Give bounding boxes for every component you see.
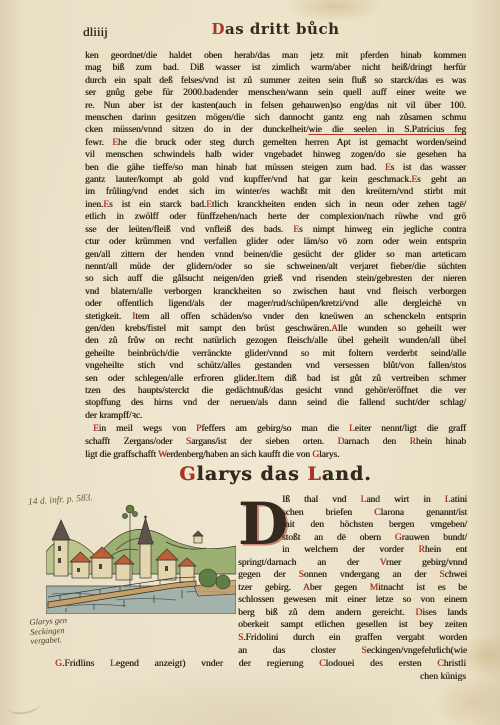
text-line: vngeheilte stich vnd schütz/alles gestan… — [85, 360, 466, 372]
text-line: S.Fridolini durch ein graffen vergabt wo… — [238, 632, 467, 645]
text-line: ken geordnet/die haldet oben herab/das m… — [85, 50, 466, 62]
text-line: vil menschen schwindels halb wider vngeb… — [85, 149, 466, 161]
paragraph-pfeffers: Ein meil wegs von Pfeffers am gebirg/so … — [85, 423, 466, 461]
text-line: Ein meil wegs von Pfeffers am gebirg/so … — [85, 423, 466, 436]
text-line: sen oder schlegen/alle erfroren glider.I… — [85, 373, 466, 385]
text-line: gen/all zittern der henden vnnd beinen/d… — [85, 249, 466, 261]
text-line: re. Nun aber ist der kasten(auch in fels… — [85, 100, 466, 112]
text-line: gegen der Sonnen vndergang an der Schwei — [238, 569, 467, 582]
text-line: schlossen gewesen mit einer letze so von… — [238, 594, 467, 607]
text-line: durch ein spalt deß felses/vnd ist zů su… — [85, 75, 466, 87]
text-line: stopffung des hirns vnd der neruen/als d… — [85, 397, 466, 409]
text-line: ben die gähe tieffe/so man hinab hat müs… — [85, 162, 466, 174]
text-line: oder offentlich ligend/als der mager/rud… — [85, 298, 466, 310]
closing-line-end: chen künigs — [55, 671, 466, 682]
left-tower — [52, 520, 70, 576]
text-line: ligt die graffschafft Werdenberg/haben a… — [85, 449, 466, 462]
text-line: cken müssen/vnnd sitzen do in der duncke… — [85, 124, 466, 136]
main-text-block: ken geordnet/die haldet oben herab/das m… — [85, 50, 466, 422]
text-line: stetigkeit. Item all offen schäden/so vn… — [85, 311, 466, 323]
text-line: tzer gebirg. Aber gegen Mitnacht ist es … — [238, 582, 467, 595]
text-line: im frůling/vnd endet sich im winter/es w… — [85, 186, 466, 198]
text-line: den zů frůw on recht natürlich gezogen f… — [85, 335, 466, 347]
text-line: ser gnůg gebe für 2000.badender menschen… — [85, 87, 466, 99]
text-line: vnd blatern/alle verborgen kranckheiten … — [85, 286, 466, 298]
closing-line-wide: G.Fridlins Legend anzeigt) vnder der reg… — [55, 658, 466, 669]
caption-line: vergabet. — [30, 633, 100, 646]
figure-caption: Glarys gen Seckingen vergabet. — [29, 614, 100, 646]
text-line: schafft Zergans/oder Sargans/ist der sie… — [85, 436, 466, 449]
book-page-scan: dliiij Das dritt bůch ken geordnet/die h… — [0, 0, 500, 725]
text-line: an das closter Seckingen/vngefehrlich(wi… — [238, 645, 467, 658]
text-line: berg biß zů dem andern gereicht. Dises l… — [238, 607, 467, 620]
pencil-smudge — [7, 696, 41, 717]
text-line: nennt/all müde der glidern/oder so sie s… — [85, 261, 466, 273]
text-line: inen.Es ist ein starck bad.Etlich kranck… — [85, 199, 466, 211]
text-line: springt/darnach an der Vrner gebirg/vnnd — [238, 557, 467, 570]
text-line: ctur oder krümmen vnd verfallen glider o… — [85, 236, 466, 248]
text-line: tzen des haupts/sterckt die gedächtnuß/d… — [85, 385, 466, 397]
text-line: geheilte beinbrüch/die verränckte glider… — [85, 348, 466, 360]
woodcut-town-view — [46, 502, 236, 614]
woodcut-illustration — [46, 502, 236, 614]
section-heading: Glarys das Land. — [85, 463, 466, 485]
text-line: gantz lauter/kompt ab gold vnd kupffer/v… — [85, 174, 466, 186]
text-line: menschen darinn gesitzen mögen/die sich … — [85, 112, 466, 124]
text-line: etlich in zwölff oder fünffzehen/nach he… — [85, 211, 466, 223]
right-text-column: D Iß thal vnd Land wirt in Latinischen b… — [238, 494, 467, 657]
text-line: so sich auff die gålsucht neigen/den gri… — [85, 273, 466, 285]
church-spire — [138, 516, 153, 578]
text-line: G.Fridlins Legend anzeigt) vnder der reg… — [55, 658, 466, 669]
text-line: sse der leüten/fleiß vnd vnfleiß des bad… — [85, 224, 466, 236]
text-line: mag biß zum bad. Diß wasser ist zimlich … — [85, 62, 466, 74]
text-line: oberkeit sampt etlichen gesellen ist bey… — [238, 619, 467, 632]
text-line: gen/den krebs/fistel mit sampt den brüst… — [85, 323, 466, 335]
drop-cap-initial: D — [238, 495, 278, 556]
text-line: fewr. Ehe die bruck oder steg durch geme… — [85, 137, 466, 149]
running-title: Das dritt bůch — [85, 20, 466, 38]
text-line: der krampff/ꝛc. — [85, 410, 466, 422]
